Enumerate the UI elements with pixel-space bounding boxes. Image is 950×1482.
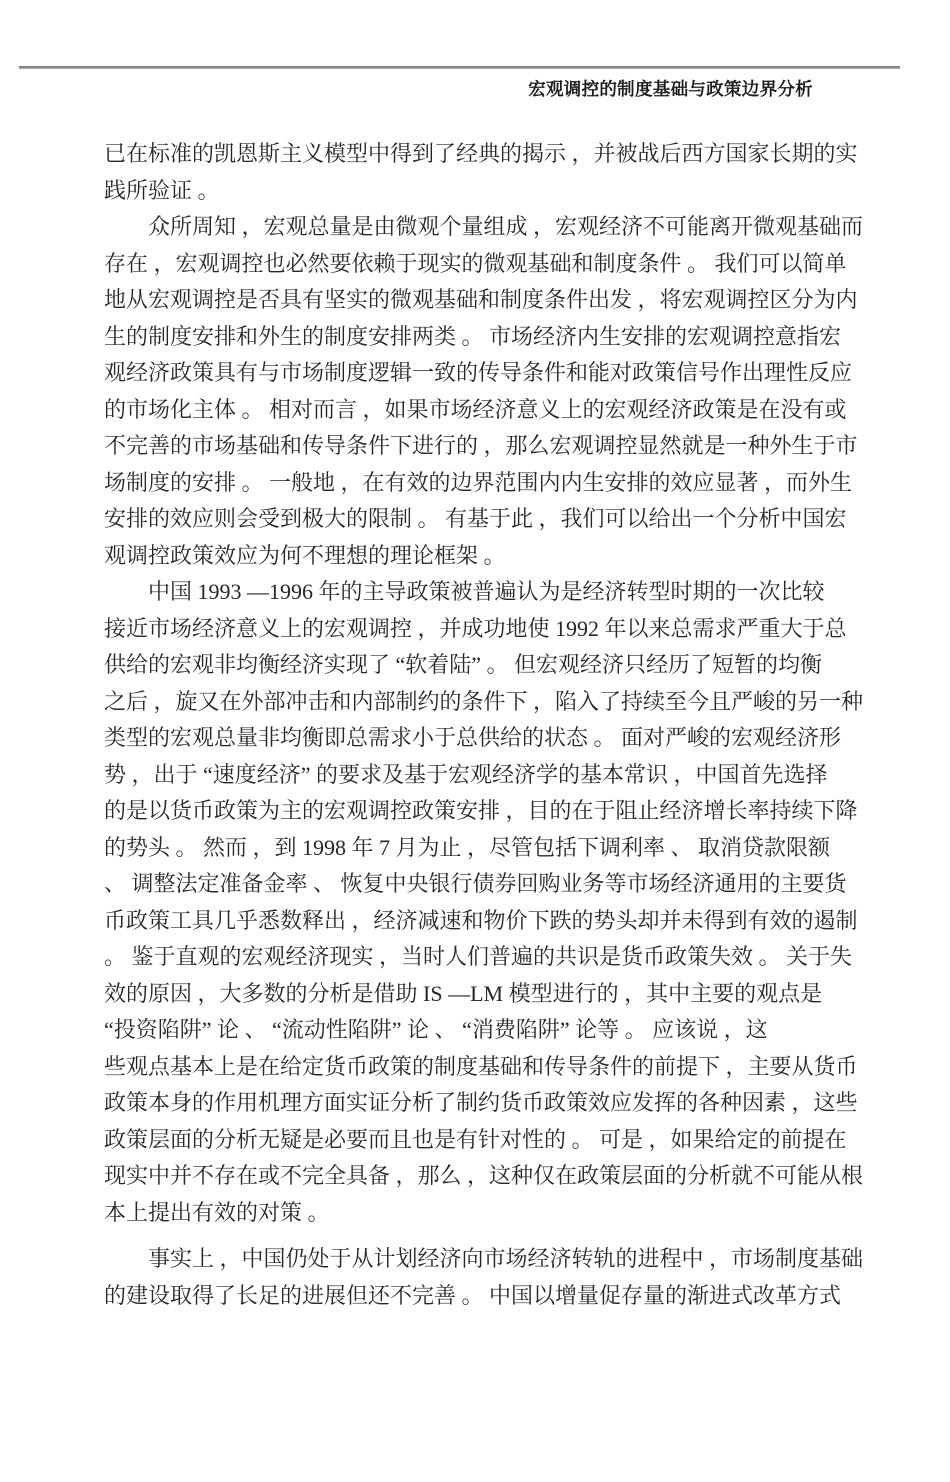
- text-line: 观经济政策具有与市场制度逻辑一致的传导条件和能对政策信号作出理性反应: [104, 355, 866, 392]
- text-line: 政策本身的作用机理方面实证分析了制约货币政策效应发挥的各种因素 ，这些: [104, 1085, 866, 1122]
- text-line: 供给的宏观非均衡经济实现了 “软着陆” 。 但宏观经济只经历了短暂的均衡: [104, 647, 866, 684]
- text-line: 币政策工具几乎悉数释出 ，经济减速和物价下跌的势头却并未得到有效的遏制: [104, 903, 866, 940]
- running-header-title: 宏观调控的制度基础与政策边界分析: [0, 76, 813, 101]
- text-line: 已在标准的凯恩斯主义模型中得到了经典的揭示 ，并被战后西方国家长期的实: [104, 136, 866, 173]
- text-line: 、 调整法定准备金率 、 恢复中央银行债券回购业务等市场经济通用的主要货: [104, 866, 866, 903]
- text-line: 的势头 。 然而 ，到 1998 年 7 月为止 ，尽管包括下调利率 、 取消贷…: [104, 830, 866, 867]
- text-line: “投资陷阱” 论 、 “流动性陷阱” 论 、 “消费陷阱” 论等 。 应该说 ，…: [104, 1012, 866, 1049]
- text-line: 观调控政策效应为何不理想的理论框架 。: [104, 538, 866, 575]
- text-line: 些观点基本上是在给定货币政策的制度基础和传导条件的前提下 ，主要从货币: [104, 1049, 866, 1086]
- text-line: 事实上 ，中国仍处于从计划经济向市场经济转轨的进程中 ，市场制度基础: [104, 1241, 866, 1278]
- text-line: 的是以货币政策为主的宏观调控政策安排 ，目的在于阻止经济增长率持续下降: [104, 793, 866, 830]
- text-line: 现实中并不存在或不完全具备 ，那么 ，这种仅在政策层面的分析就不可能从根: [104, 1158, 866, 1195]
- text-line: 众所周知 ，宏观总量是由微观个量组成 ，宏观经济不可能离开微观基础而: [104, 209, 866, 246]
- text-line: 地从宏观调控是否具有坚实的微观基础和制度条件出发 ，将宏观调控区分为内: [104, 282, 866, 319]
- document-page: 宏观调控的制度基础与政策边界分析 已在标准的凯恩斯主义模型中得到了经典的揭示 ，…: [0, 0, 950, 1482]
- text-line: 本上提出有效的对策 。: [104, 1195, 866, 1232]
- text-line: 生的制度安排和外生的制度安排两类 。 市场经济内生安排的宏观调控意指宏: [104, 319, 866, 356]
- text-line: 场制度的安排 。 一般地 ，在有效的边界范围内内生安排的效应显著 ，而外生: [104, 465, 866, 502]
- paragraph: 已在标准的凯恩斯主义模型中得到了经典的揭示 ，并被战后西方国家长期的实践所验证 …: [104, 136, 866, 209]
- text-line: 类型的宏观总量非均衡即总需求小于总供给的状态 。 面对严峻的宏观经济形: [104, 720, 866, 757]
- text-line: 践所验证 。: [104, 173, 866, 210]
- paragraph: 事实上 ，中国仍处于从计划经济向市场经济转轨的进程中 ，市场制度基础的建设取得了…: [104, 1241, 866, 1314]
- text-line: 接近市场经济意义上的宏观调控 ，并成功地使 1992 年以来总需求严重大于总: [104, 611, 866, 648]
- text-line: 的市场化主体 。 相对而言 ，如果市场经济意义上的宏观经济政策是在没有或: [104, 392, 866, 429]
- text-line: 效的原因 ，大多数的分析是借助 IS —LM 模型进行的 ，其中主要的观点是: [104, 976, 866, 1013]
- text-line: 的建设取得了长足的进展但还不完善 。 中国以增量促存量的渐进式改革方式: [104, 1278, 866, 1315]
- text-line: 安排的效应则会受到极大的限制 。 有基于此 ，我们可以给出一个分析中国宏: [104, 501, 866, 538]
- text-line: 。 鉴于直观的宏观经济现实 ，当时人们普遍的共识是货币政策失效 。 关于失: [104, 939, 866, 976]
- text-line: 势 ，出于 “速度经济” 的要求及基于宏观经济学的基本常识 ，中国首先选择: [104, 757, 866, 794]
- document-body: 已在标准的凯恩斯主义模型中得到了经典的揭示 ，并被战后西方国家长期的实践所验证 …: [104, 136, 866, 1314]
- text-line: 存在 ，宏观调控也必然要依赖于现实的微观基础和制度条件 。 我们可以简单: [104, 246, 866, 283]
- text-line: 政策层面的分析无疑是必要而且也是有针对性的 。 可是 ，如果给定的前提在: [104, 1122, 866, 1159]
- paragraph: 众所周知 ，宏观总量是由微观个量组成 ，宏观经济不可能离开微观基础而存在 ，宏观…: [104, 209, 866, 574]
- text-line: 中国 1993 —1996 年的主导政策被普遍认为是经济转型时期的一次比较: [104, 574, 866, 611]
- paragraph: 中国 1993 —1996 年的主导政策被普遍认为是经济转型时期的一次比较接近市…: [104, 574, 866, 1231]
- header-divider-rule: [19, 66, 900, 69]
- text-line: 之后 ，旋又在外部冲击和内部制约的条件下 ，陷入了持续至今且严峻的另一种: [104, 684, 866, 721]
- text-line: 不完善的市场基础和传导条件下进行的 ，那么宏观调控显然就是一种外生于市: [104, 428, 866, 465]
